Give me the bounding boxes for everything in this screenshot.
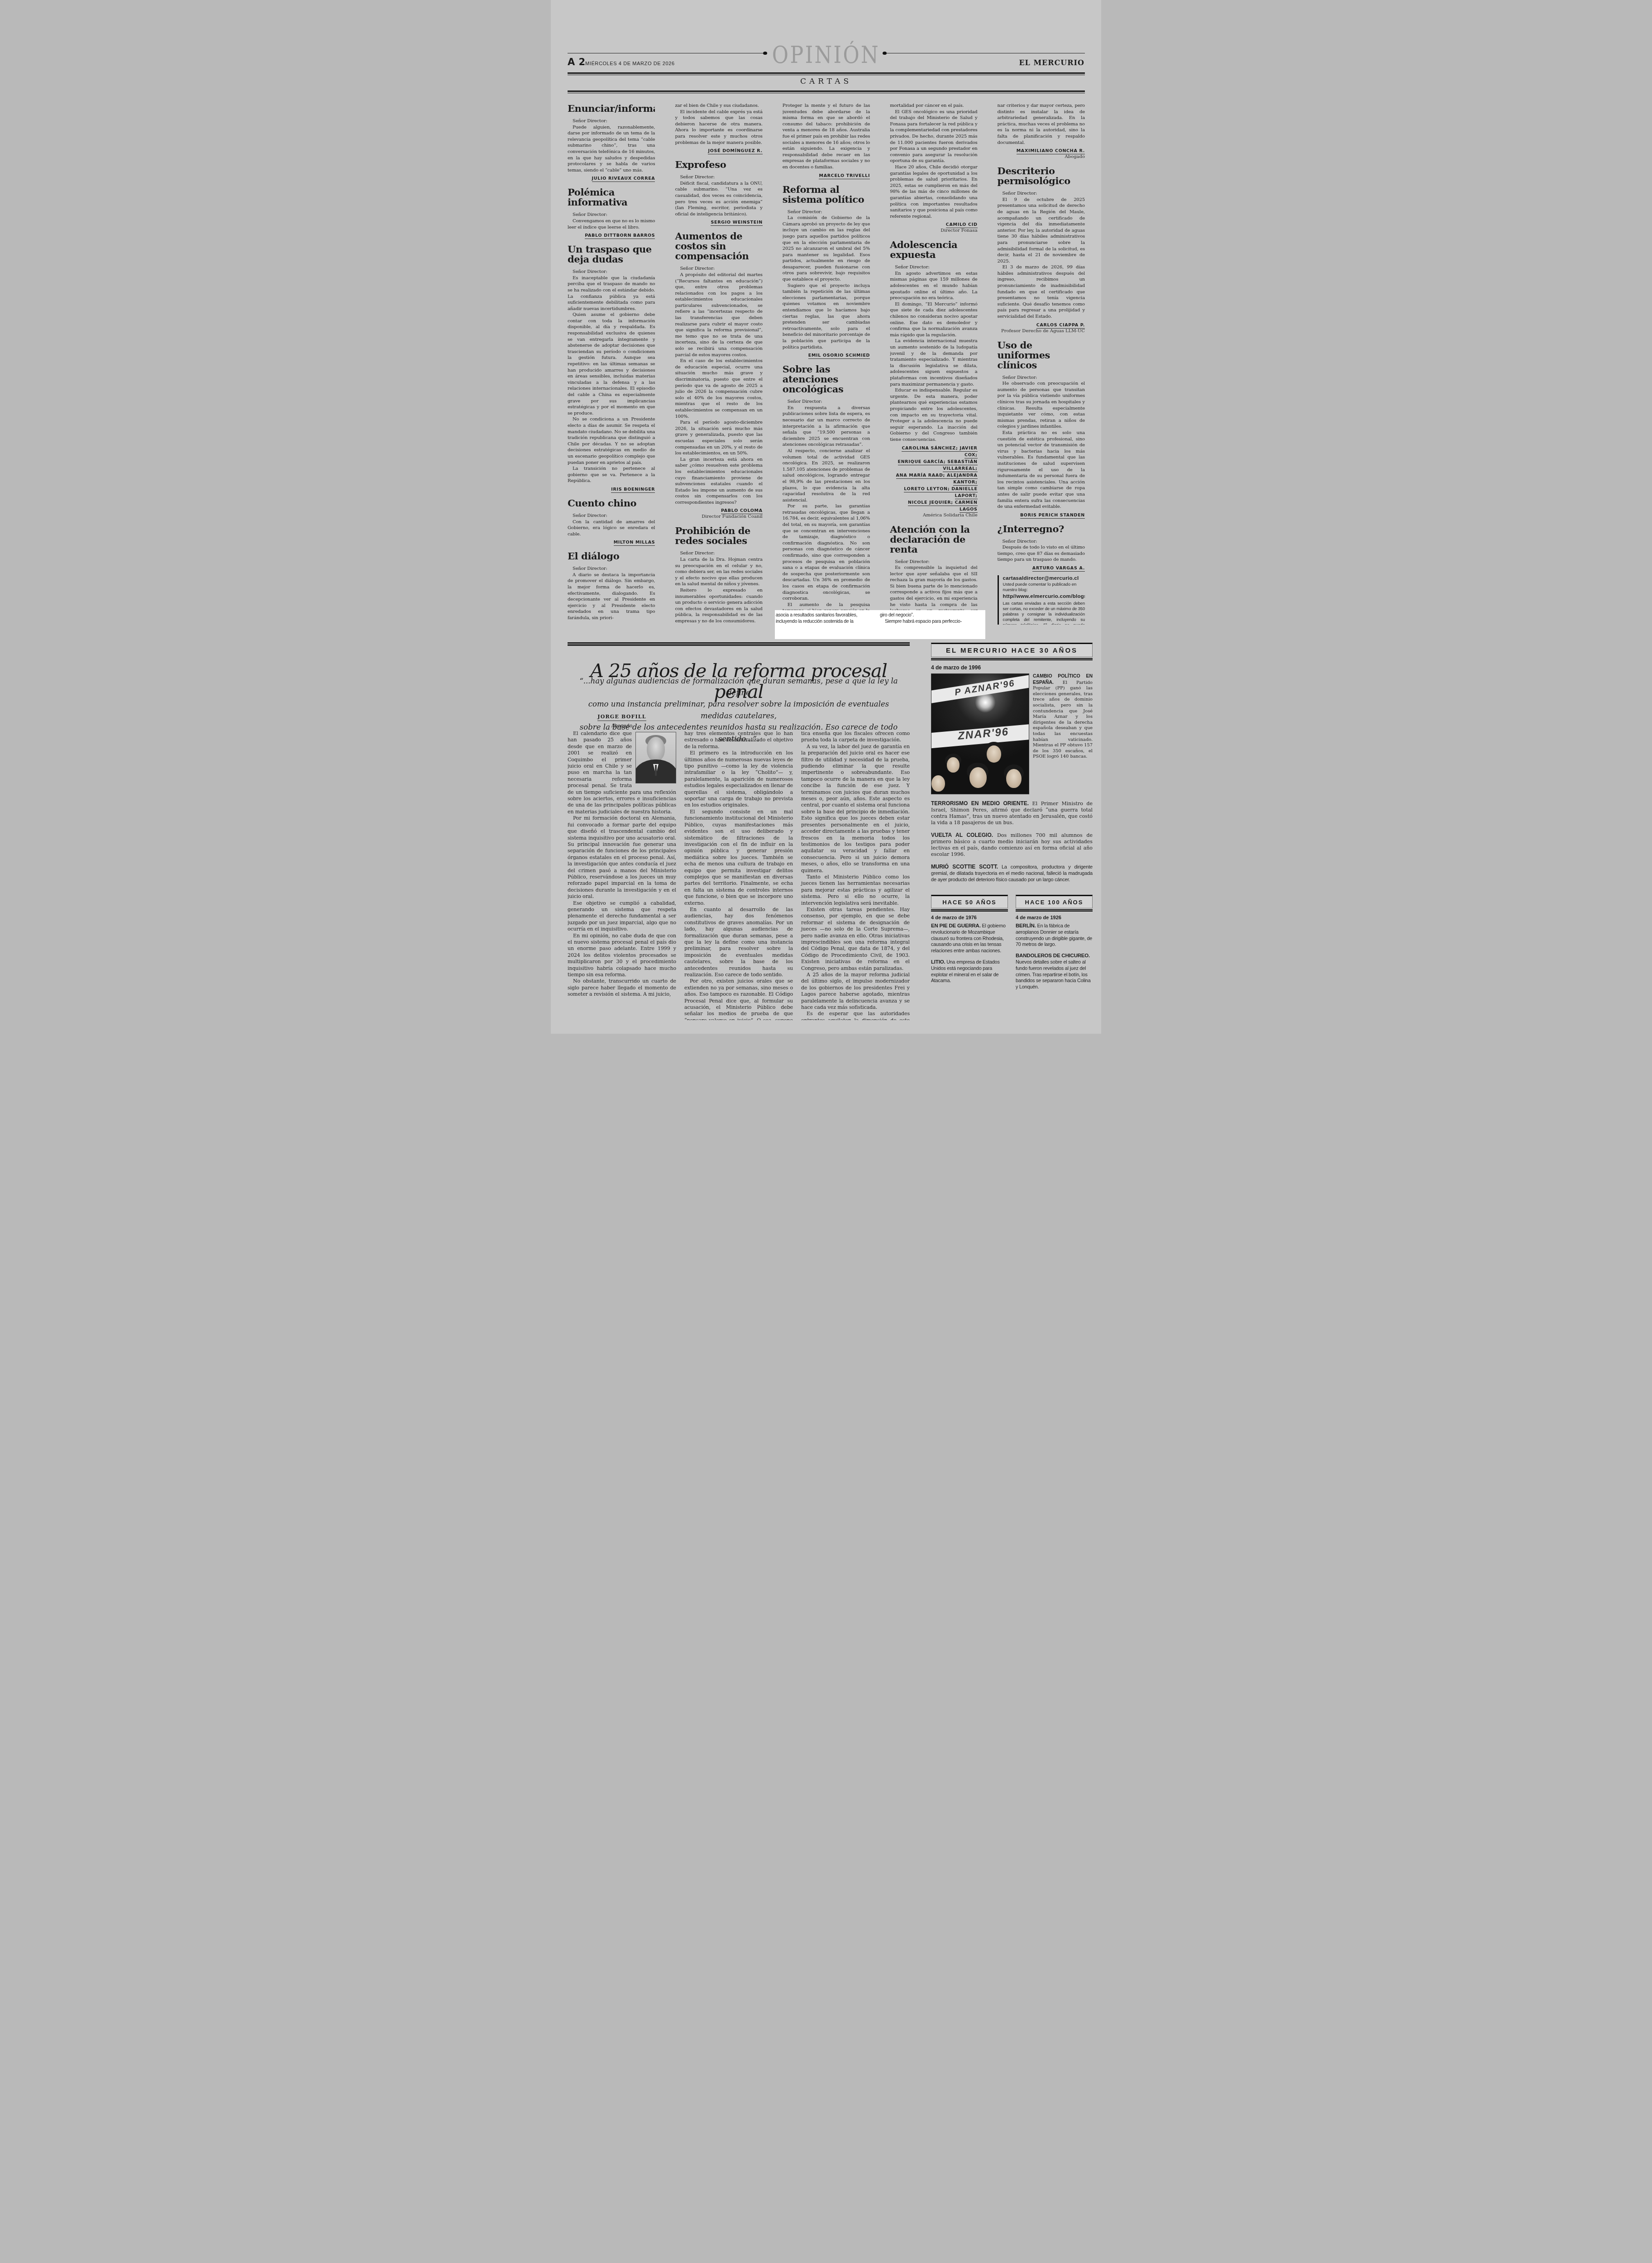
sidebar-item-lead: EN PIE DE GUERRA. [931,923,981,929]
signature-name: CARLOS CIAPPA P. [1036,323,1085,329]
signature-name: CAMILO CID [946,222,978,228]
signature-line: SERGIO WEINSTEIN [675,218,762,225]
letter-salutation: Señor Director: [890,264,977,271]
tail-line: giro del negocio”. [880,612,969,618]
signature-name: JOSÉ DOMÍNGUEZ R. [708,148,762,154]
signature-line: IRIS BOENINGER [568,485,655,492]
signature-line: NICOLE JEQUIER; CARMEN LAGOS [890,498,977,512]
letter-block: zar el bien de Chile y sus ciudadanos.El… [675,103,762,153]
mailbox-email[interactable]: cartasaldirector@mercurio.cl [1003,575,1085,582]
letter-block: nar criterios y dar mayor certeza, pero … [998,103,1085,160]
signature-line: MILTON MILLAS [568,538,655,545]
signature-line: CAMILO CID [890,220,977,227]
hace30-rule [931,658,1093,660]
hace30-date: 4 de marzo de 1996 [931,665,1093,670]
signature-name: PABLO COLOMA [721,508,763,514]
letters-section: Enunciar/informarSeñor Director:Puede al… [568,96,1085,625]
letter-paragraph: Por su parte, las garantías retrasadas o… [783,503,870,602]
letter-title: Polémica informativa [568,187,655,207]
letter-paragraph: Déficit fiscal, candidatura a la ONU, ca… [675,181,762,218]
subsection-title: CARTAS [551,78,1101,86]
letter-signatures: IRIS BOENINGER [568,485,655,492]
letter-paragraph: El incidente del cable exprés ya está y … [675,109,762,146]
letter-signatures: MAXIMILIANO CONCHA R. [998,147,1085,153]
letter-paragraph: Reitero lo expresado en innumerables opo… [675,587,762,625]
essay-paragraph: Tanto el Ministerio Público como los jue… [801,874,910,907]
hace-anos-sidebar: EL MERCURIO HACE 30 AÑOS 4 de marzo de 1… [931,643,1093,996]
letter-paragraph: El 9 de octubre de 2025 presentamos una … [998,197,1085,265]
portrait-face [647,737,665,761]
letter-title: Sobre las atenciones oncológicas [783,364,870,394]
sidebar-item-text: Nuevos detalles sobre el salteo al fundo… [1016,960,1090,990]
letter-salutation: Señor Director: [890,559,977,565]
essay-paragraph: hay tres elementos centrales que lo han … [684,730,793,750]
signature-line: LORETO LEYTON; DANIELLE LAPORT; [890,485,977,498]
letter-paragraph: Sugiero que el proyecto incluya también … [783,283,870,351]
sidebar-item-lead: BANDOLEROS DE CHICUREO. [1016,953,1090,959]
signature-line: PABLO DITTBORN BARROS [568,231,655,238]
newspaper-page: OPINIÓN A 2 MIÉRCOLES 4 DE MARZO DE 2026… [551,0,1101,1034]
feature-author: JORGE BOFILL [597,714,646,721]
hace100-box: HACE 100 AÑOS 4 de marzo de 1926 BERLÍN.… [1016,895,1093,996]
letter-paragraph: Después de todo lo visto en el último ti… [998,544,1085,563]
signature-line: CARLOS CIAPPA P. [998,321,1085,328]
header-rule-bottom [568,91,1085,93]
hace50-date: 4 de marzo de 1976 [931,916,1008,921]
letter-signatures: JOSÉ DOMÍNGUEZ R. [675,147,762,153]
feature-byline: JORGE BOFILL Abogado [568,711,676,729]
letter-title: Atención con la declaración de renta [890,525,977,554]
mailbox-blog-url[interactable]: http//www.elmercurio.com/blogs [1003,593,1085,600]
letter-salutation: Señor Director: [783,209,870,215]
signature-role: América Solidaria Chile [890,513,977,518]
sidebar-item: TERRORISMO EN MEDIO ORIENTE. El Primer M… [931,800,1093,826]
essay-column-1: El calendario dice que han pasado 25 año… [568,730,676,1020]
letter-paragraph: La carta de la Dra. Hojman centra su pre… [675,557,762,587]
letter-block: Prohibición de redes socialesSeñor Direc… [675,526,762,624]
letter-salutation: Señor Director: [675,550,762,557]
letter-signatures: CAMILO CID [890,220,977,227]
letter-block: Adolescencia expuestaSeñor Director:En a… [890,240,977,518]
letter-signatures: SERGIO WEINSTEIN [675,218,762,225]
letter-block: Descriterio permisológicoSeñor Director:… [998,166,1085,334]
letter-title: El diálogo [568,551,655,561]
essay-paragraph: Es de esperar que las autoridades entran… [801,1011,910,1020]
letter-block: ¿Interregno?Señor Director:Después de to… [998,524,1085,571]
sidebar-item-lead: TERRORISMO EN MEDIO ORIENTE. [931,800,1029,807]
letter-paragraph: En respuesta a diversas publicaciones so… [783,405,870,448]
letter-paragraph: El GES oncológico es una prioridad del t… [890,109,977,164]
page-label: A 2 [568,57,586,67]
hace50-title: HACE 50 AÑOS [931,895,1008,908]
crowd-figure [931,775,945,792]
letter-paragraph: Quien asume el gobierno debe contar con … [568,312,655,416]
essay-paragraph: En mi opinión, no cabe duda de que con e… [568,933,676,979]
letter-block: mortalidad por cáncer en el país.El GES … [890,103,977,234]
signature-line: BORIS PERICH STANDEN [998,511,1085,518]
sidebar-item: EN PIE DE GUERRA. El gobierno revolucion… [931,923,1008,955]
essay-paragraph: Por mi formación doctoral en Alemania, f… [568,815,676,900]
essay-paragraph: El segundo consiste en un mal funcionami… [684,809,793,907]
author-portrait-photo [635,732,676,783]
essay-column-2: hay tres elementos centrales que lo han … [684,730,793,1020]
essay-paragraph: Existen otras tareas pendientes. Hay con… [801,907,910,972]
letter-title: ¿Interregno? [998,524,1085,534]
signature-name: LORETO LEYTON; DANIELLE LAPORT; [904,487,977,499]
letter-title: Uso de uniformes clínicos [998,340,1085,370]
signature-name: SERGIO WEINSTEIN [711,220,762,226]
letter-salutation: Señor Director: [568,269,655,275]
signature-line: MARCELO TRIVELLI [783,172,870,178]
aznar-1996-photo: P AZNAR'96 ZNAR'96 [931,673,1029,794]
letter-block: Reforma al sistema políticoSeñor Directo… [783,185,870,358]
letter-block: Un traspaso que deja dudasSeñor Director… [568,244,655,492]
letter-paragraph: Proteger la mente y el futuro de las juv… [783,103,870,171]
page-date: MIÉRCOLES 4 DE MARZO DE 2026 [585,62,675,67]
signature-line: MAXIMILIANO CONCHA R. [998,147,1085,153]
letter-signatures: MILTON MILLAS [568,538,655,545]
tail-line: incluyendo la reducción sostenida de la [776,618,864,625]
signature-name: ANA MARÍA RAAD; ALEJANDRA KANTOR; [896,473,978,486]
letter-salutation: Señor Director: [568,566,655,572]
brand-name: EL MERCURIO [1019,59,1084,67]
letter-block: Enunciar/informarSeñor Director:Puede al… [568,104,655,181]
letter-title: Reforma al sistema político [783,185,870,205]
letter-title: Prohibición de redes sociales [675,526,762,546]
signature-role: Director Fundación Coanil [675,514,762,520]
crowd-figure [947,757,960,773]
signature-line: ANA MARÍA RAAD; ALEJANDRA KANTOR; [890,471,977,485]
signature-name: MAXIMILIANO CONCHA R. [1017,148,1085,154]
column4-tail-text: giro del negocio”. Siempre habrá espacio… [880,612,969,625]
letter-paragraph: A diario se destaca la importancia de pr… [568,572,655,621]
hace50-rule [931,909,1008,912]
sidebar-item-lead: MURIÓ SCOTTIE SCOTT. [931,864,998,870]
letter-signatures: CARLOS CIAPPA P. [998,321,1085,328]
letters-column-3: Proteger la mente y el futuro de las juv… [783,96,870,625]
essay-paragraph: En cuanto al desarrollo de las audiencia… [684,907,793,978]
letter-block: Sobre las atenciones oncológicasSeñor Di… [783,364,870,625]
letter-salutation: Señor Director: [783,399,870,405]
mailbox-policy: Las cartas enviadas a esta sección deben… [1003,601,1085,625]
signature-name: PABLO DITTBORN BARROS [585,233,655,239]
letter-salutation: Señor Director: [998,375,1085,381]
signature-line: ARTURO VARGAS A. [998,564,1085,571]
signature-name: EMIL OSORIO SCHMIED [808,353,870,359]
signature-name: IRIS BOENINGER [611,487,655,493]
letter-paragraph: mortalidad por cáncer en el país. [890,103,977,109]
letter-salutation: Señor Director: [998,539,1085,545]
letter-paragraph: Esta práctica no es solo una cuestión de… [998,430,1085,510]
letter-signatures: JULIO RIVEAUX CORREA [568,174,655,181]
sidebar-item: MURIÓ SCOTTIE SCOTT. La compositora, pro… [931,864,1093,883]
letter-paragraph: Hace 20 años, Chile decidió otorgar gara… [890,164,977,220]
crowd-figure [969,767,987,788]
hace50-box: HACE 50 AÑOS 4 de marzo de 1976 EN PIE D… [931,895,1008,996]
hace100-date: 4 de marzo de 1926 [1016,916,1093,921]
caption-text: El Partido Popular (PP) ganó las eleccio… [1033,680,1093,759]
letter-paragraph: nar criterios y dar mayor certeza, pero … [998,103,1085,146]
signature-line: CAROLINA SÁNCHEZ; JAVIER COX; [890,444,977,458]
letter-paragraph: La transición no pertenece al gobierno q… [568,466,655,484]
signature-line: JOSÉ DOMÍNGUEZ R. [675,147,762,153]
letter-title: Exprofeso [675,160,762,170]
letter-title: Enunciar/informar [568,104,655,114]
banner-label: ZNAR'96 [931,723,1029,749]
quote-line: “...hay algunas audiencias de formalizac… [572,675,905,698]
letter-signatures: BORIS PERICH STANDEN [998,511,1085,518]
letter-salutation: Señor Director: [568,118,655,124]
letter-block: Proteger la mente y el futuro de las juv… [783,103,870,178]
letter-paragraph: La gran incerteza está ahora en saber ¿c… [675,457,762,506]
letter-signatures: MARCELO TRIVELLI [783,172,870,178]
signature-line: PABLO COLOMA [675,506,762,513]
tail-line: Siempre habrá espacio para perfeccio- [880,618,969,625]
letter-paragraph: La evidencia internacional muestra un au… [890,338,977,387]
letter-paragraph: A propósito del editorial del martes (“R… [675,272,762,358]
letters-column-1: Enunciar/informarSeñor Director:Puede al… [568,96,655,625]
essay-column-3: tica enseña que los fiscales ofrecen com… [801,730,910,1020]
essay-paragraph: A su vez, la labor del juez de garantía … [801,744,910,874]
letter-block: Atención con la declaración de rentaSeño… [890,525,977,625]
signature-line: JULIO RIVEAUX CORREA [568,174,655,181]
letter-paragraph: Con la cantidad de amarres del Gobierno,… [568,519,655,538]
letters-column-2: zar el bien de Chile y sus ciudadanos.El… [675,96,762,625]
letter-title: Descriterio permisológico [998,166,1085,186]
mailbox-blog-intro: Usted puede comentar lo publicado en nue… [1003,582,1085,593]
letter-paragraph: zar el bien de Chile y sus ciudadanos. [675,103,762,109]
hace100-rule [1016,909,1093,912]
letter-paragraph: Convengamos en que no es lo mismo leer e… [568,218,655,230]
letter-salutation: Señor Director: [675,266,762,272]
feature-author-role: Abogado [568,723,676,729]
sidebar-item: BERLÍN. En la fábrica de aeroplanos Donn… [1016,923,1093,948]
letter-paragraph: En el caso de los establecimientos de ed… [675,358,762,420]
letters-mailbox: cartasaldirector@mercurio.clUsted puede … [998,575,1085,625]
signature-name: NICOLE JEQUIER; CARMEN LAGOS [908,500,978,513]
letter-salutation: Señor Director: [568,513,655,519]
letter-block: Aumentos de costos sin compensaciónSeñor… [675,231,762,520]
letter-signatures: CAROLINA SÁNCHEZ; JAVIER COX;ENRIQUE GAR… [890,444,977,512]
letter-salutation: Señor Director: [998,191,1085,197]
signature-role: Profesor Derecho de Aguas LLM-UC [998,329,1085,334]
letters-column-5: nar criterios y dar mayor certeza, pero … [998,96,1085,625]
signature-name: JULIO RIVEAUX CORREA [592,176,655,182]
sidebar-item-lead: LITIO. [931,960,945,965]
signature-role: Abogado [998,154,1085,160]
essay-paragraph: Por otro, existen juicios orales que se … [684,978,793,1020]
letter-paragraph: Puede alguien, razonablemente, darse por… [568,124,655,174]
hace30-title: EL MERCURIO HACE 30 AÑOS [931,643,1093,657]
portrait-tie [655,765,657,776]
letter-paragraph: Educar es indispensable. Regular es urge… [890,387,977,443]
feature-divider-rule [568,642,910,646]
letter-paragraph: El domingo, “El Mercurio” informó que si… [890,301,977,339]
essay-paragraph: tica enseña que los fiscales ofrecen com… [801,730,910,744]
letter-signatures: PABLO COLOMA [675,506,762,513]
letter-signatures: ARTURO VARGAS A. [998,564,1085,571]
signature-name: ARTURO VARGAS A. [1032,566,1085,572]
signature-line: ENRIQUE GARCÍA; SEBASTIÁN VILLARREAL; [890,458,977,471]
letter-paragraph: He observado con preocupación el aumento… [998,381,1085,430]
letter-signatures: PABLO DITTBORN BARROS [568,231,655,238]
letter-paragraph: En agosto advertimos en estas mismas pág… [890,271,977,301]
signature-name: MARCELO TRIVELLI [819,173,870,179]
hace100-title: HACE 100 AÑOS [1016,895,1093,908]
signature-name: CAROLINA SÁNCHEZ; JAVIER COX; [902,446,977,458]
crowd-figure [1006,769,1022,788]
letter-paragraph: No se condiciona a un Presidente electo … [568,416,655,466]
letter-block: Uso de uniformes clínicosSeñor Director:… [998,340,1085,518]
letter-block: El diálogoSeñor Director:A diario se des… [568,551,655,621]
letter-salutation: Señor Director: [675,174,762,181]
essay-paragraph: A 25 años de la mayor reforma judicial d… [801,972,910,1011]
sidebar-item: VUELTA AL COLEGIO. Dos millones 700 mil … [931,832,1093,858]
feature-essay: El calendario dice que han pasado 25 año… [568,730,910,1020]
letter-title: Adolescencia expuesta [890,240,977,260]
photo-caption: CAMBIO POLÍTICO EN ESPAÑA. El Partido Po… [1033,673,1093,794]
letter-paragraph: Para el período agosto-diciembre 2026, l… [675,420,762,457]
sidebar-item-lead: BERLÍN. [1016,923,1036,929]
sidebar-item: LITIO. Una empresa de Estados Unidos est… [931,960,1008,984]
essay-paragraph: Ese objetivo se cumplió a cabalidad, gen… [568,900,676,933]
letter-block: ExprofesoSeñor Director:Déficit fiscal, … [675,160,762,225]
signature-name: MILTON MILLAS [614,540,655,546]
crowd-figure [987,745,1001,763]
hace30-items: TERRORISMO EN MEDIO ORIENTE. El Primer M… [931,800,1093,883]
letter-title: Cuento chino [568,498,655,508]
letter-signatures: EMIL OSORIO SCHMIED [783,351,870,358]
letter-block: Polémica informativaSeñor Director:Conve… [568,187,655,238]
tail-line: asocia a resultados sanitarios favorable… [776,612,864,618]
sidebar-item-lead: VUELTA AL COLEGIO. [931,832,993,838]
header-rule-top [568,72,1085,75]
essay-paragraph: El primero es la introducción en los últ… [684,750,793,809]
letter-paragraph: El 3 de marzo de 2026, 99 días hábiles a… [998,264,1085,320]
signature-name: BORIS PERICH STANDEN [1020,513,1085,519]
letters-column-4: mortalidad por cáncer en el país.El GES … [890,96,977,625]
letter-paragraph: Es inaceptable que la ciudadanía perciba… [568,275,655,312]
signature-name: ENRIQUE GARCÍA; SEBASTIÁN VILLARREAL; [898,459,978,472]
letter-title: Aumentos de costos sin compensación [675,231,762,261]
letter-title: Un traspaso que deja dudas [568,244,655,264]
signature-line: EMIL OSORIO SCHMIED [783,351,870,358]
letter-salutation: Señor Director: [568,212,655,218]
sidebar-item: BANDOLEROS DE CHICUREO. Nuevos detalles … [1016,953,1093,991]
letter-block: Cuento chinoSeñor Director:Con la cantid… [568,498,655,545]
column3-tail-text: asocia a resultados sanitarios favorable… [776,612,864,625]
signature-role: Director Fonasa [890,228,977,234]
letter-paragraph: Al respecto, concierne analizar el volum… [783,448,870,503]
letter-paragraph: La comisión de Gobierno de la Cámara apr… [783,215,870,283]
essay-paragraph: No obstante, transcurrido un cuarto de s… [568,978,676,998]
